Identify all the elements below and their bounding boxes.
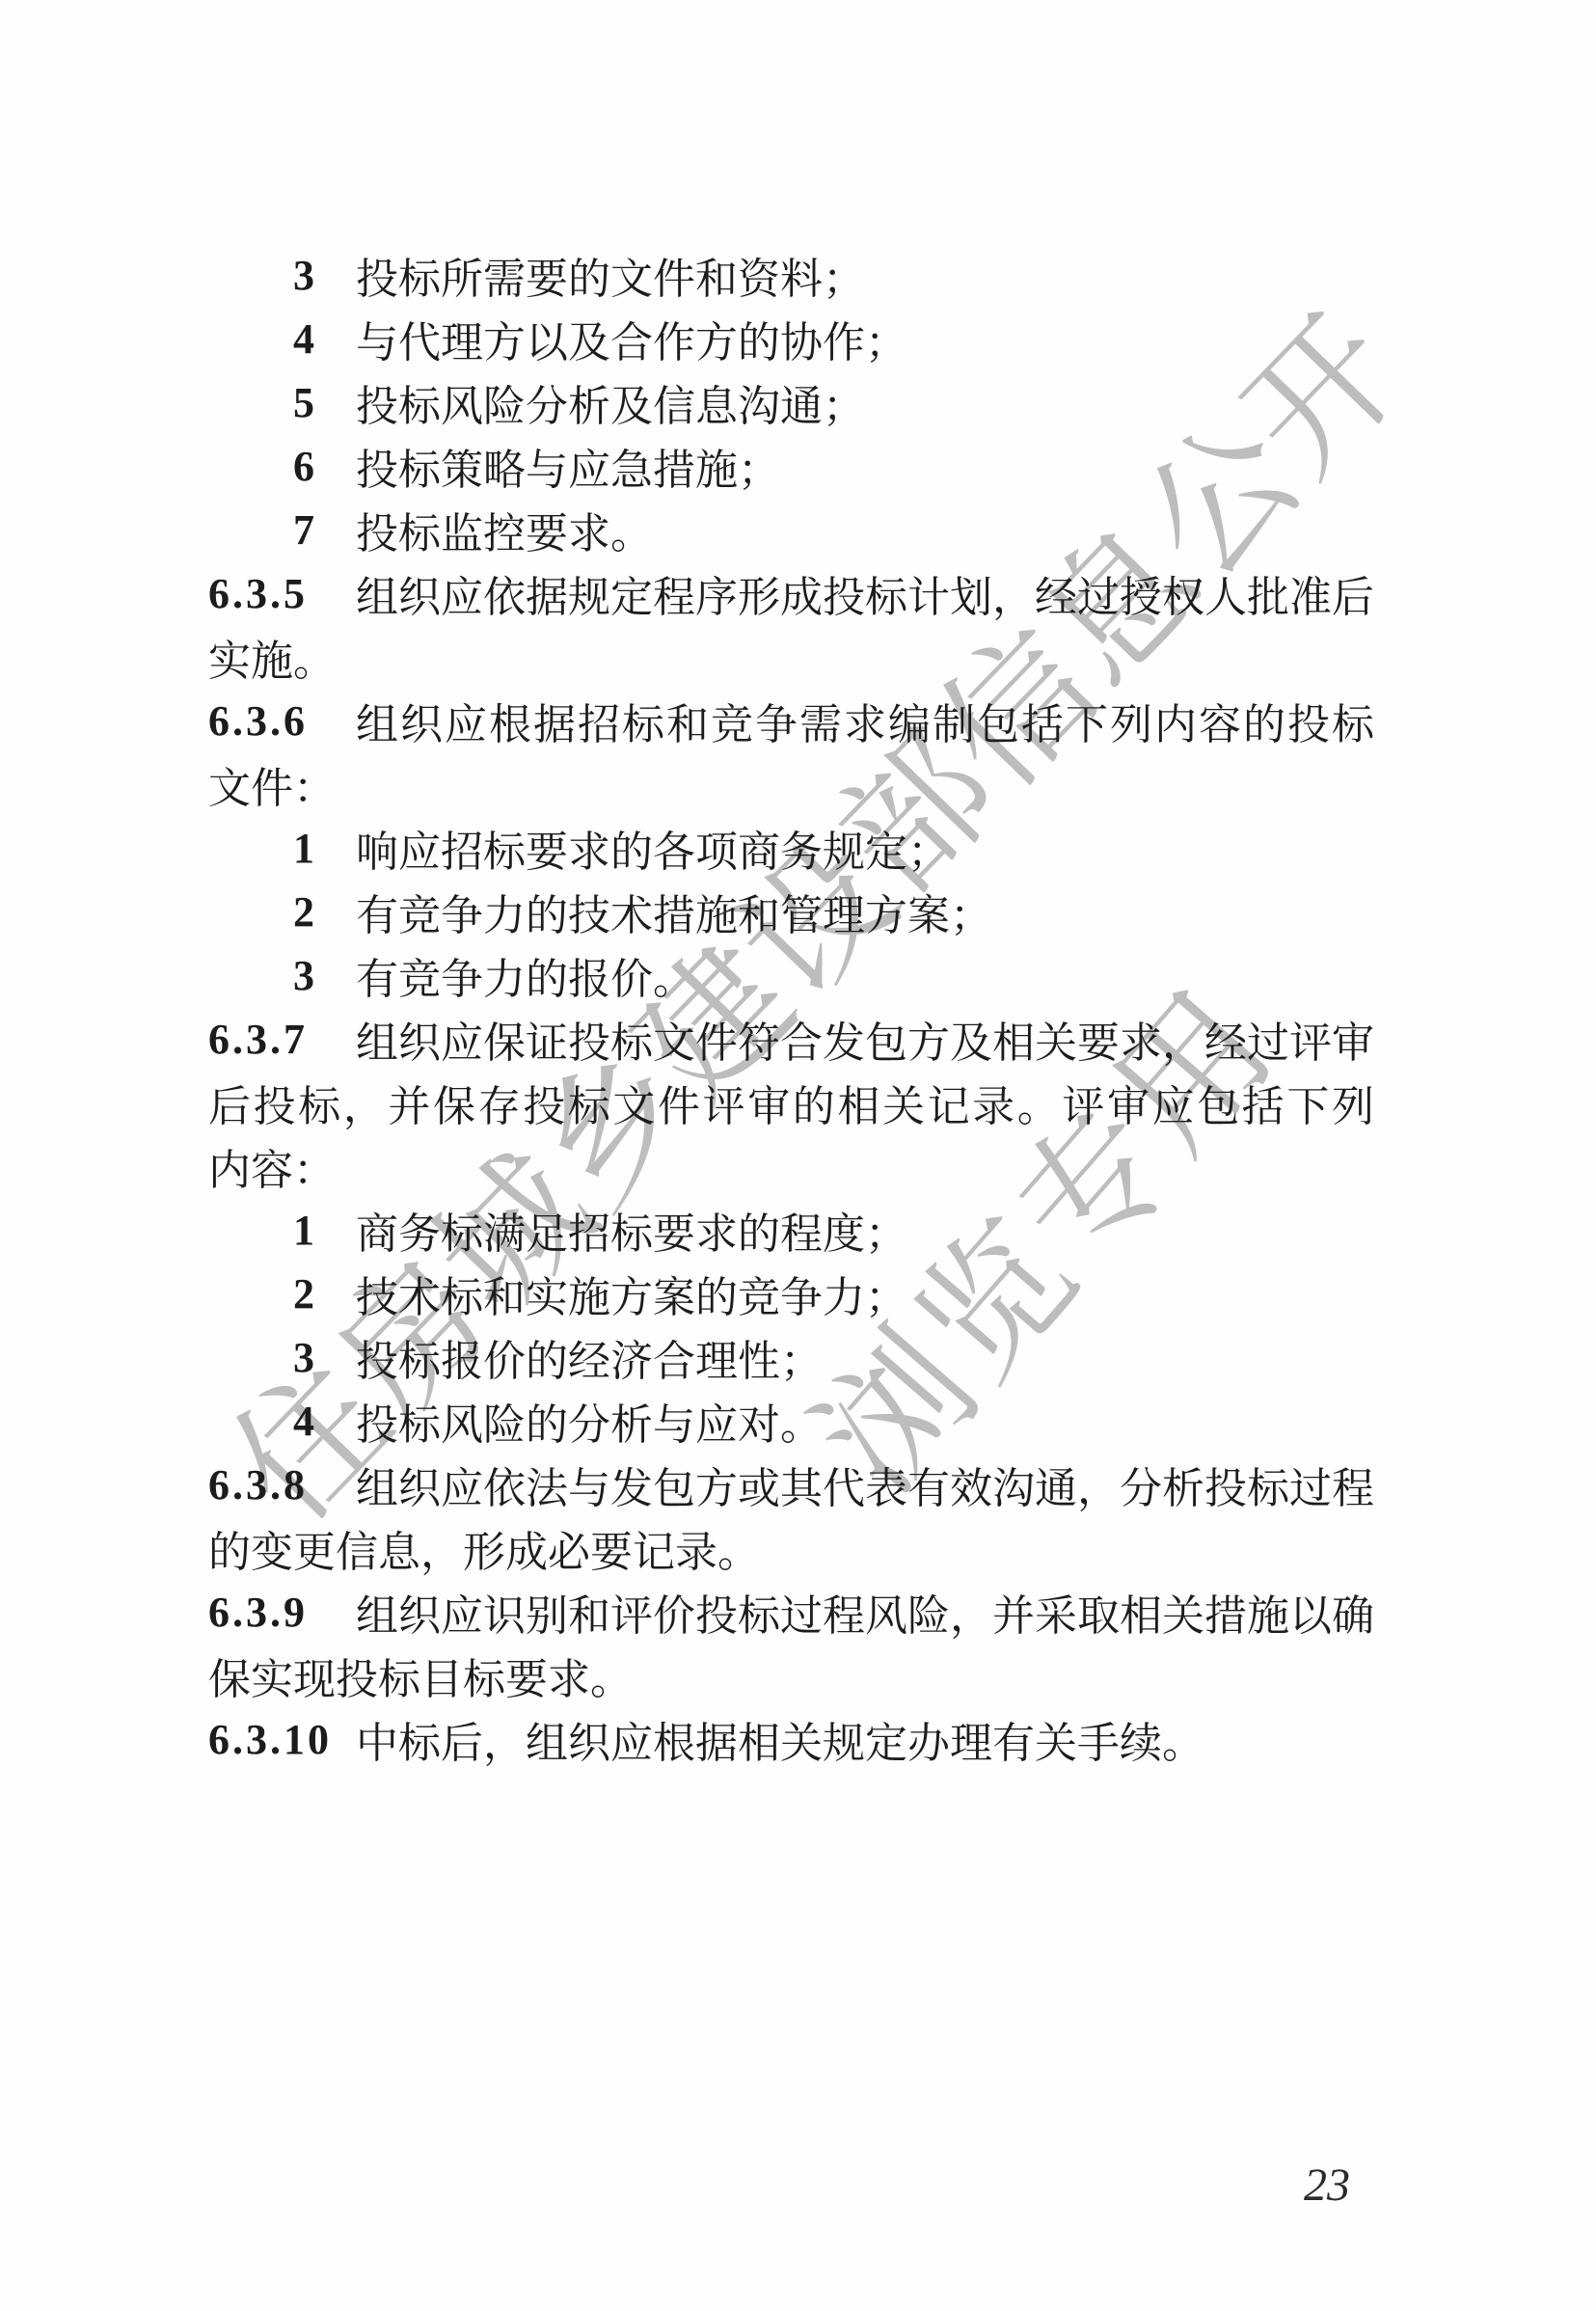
text-line: 3 投标报价的经济合理性；: [208, 1325, 1374, 1389]
line-text: 有竞争力的报价。: [356, 944, 695, 1006]
scanned-document-page: { "page": { "number": "23", "background"…: [0, 0, 1596, 2311]
text-line: 6.3.7 组织应保证投标文件符合发包方及相关要求，经过评审: [208, 1007, 1374, 1071]
line-text: 保实现投标目标要求。: [208, 1645, 633, 1706]
page-number: 23: [1304, 2159, 1350, 2212]
text-line: 3 投标所需要的文件和资料；: [208, 243, 1374, 307]
text-line: 1 商务标满足招标要求的程度；: [208, 1198, 1374, 1262]
text-line: 6.3.9 组织应识别和评价投标过程风险，并采取相关措施以确: [208, 1580, 1374, 1644]
line-text: 组织应识别和评价投标过程风险，并采取相关措施以确: [356, 1581, 1374, 1643]
clause-number: 6.3.9: [208, 1588, 356, 1637]
clause-number: 4: [293, 1397, 356, 1446]
text-line: 3 有竞争力的报价。: [208, 943, 1374, 1007]
line-text: 有竞争力的技术措施和管理方案；: [356, 881, 992, 942]
text-line: 6 投标策略与应急措施；: [208, 434, 1374, 498]
document-text-block: 3 投标所需要的文件和资料； 4 与代理方以及合作方的协作； 5 投标风险分析及…: [208, 243, 1374, 1771]
text-line: 实施。: [208, 625, 1374, 689]
line-text: 组织应根据招标和竞争需求编制包括下列内容的投标: [356, 690, 1374, 751]
line-text: 商务标满足招标要求的程度；: [356, 1199, 907, 1261]
clause-number: 2: [293, 1269, 356, 1319]
clause-number: 7: [293, 505, 356, 555]
clause-number: 3: [293, 951, 356, 1000]
text-line: 内容：: [208, 1134, 1374, 1198]
line-text: 技术标和实施方案的竞争力；: [356, 1263, 907, 1324]
text-line: 6.3.5 组织应依据规定程序形成投标计划，经过授权人批准后: [208, 561, 1374, 625]
line-text: 中标后，组织应根据相关规定办理有关手续。: [356, 1708, 1204, 1770]
line-text: 实施。: [208, 626, 336, 688]
text-line: 4 投标风险的分析与应对。: [208, 1389, 1374, 1453]
clause-number: 1: [293, 1206, 356, 1255]
clause-number: 5: [293, 378, 356, 427]
line-text: 投标风险的分析与应对。: [356, 1390, 823, 1452]
line-text: 内容：: [208, 1135, 336, 1197]
text-line: 后投标，并保存投标文件评审的相关记录。评审应包括下列: [208, 1071, 1374, 1134]
text-line: 6.3.10 中标后，组织应根据相关规定办理有关手续。: [208, 1707, 1374, 1771]
text-line: 2 技术标和实施方案的竞争力；: [208, 1262, 1374, 1325]
clause-number: 6.3.6: [208, 696, 356, 746]
text-line: 的变更信息，形成必要记录。: [208, 1516, 1374, 1580]
line-text: 后投标，并保存投标文件评审的相关记录。评审应包括下列: [208, 1072, 1374, 1133]
clause-number: 6.3.8: [208, 1460, 356, 1509]
clause-number: 3: [293, 1333, 356, 1382]
line-text: 投标报价的经济合理性；: [356, 1326, 823, 1388]
text-line: 5 投标风险分析及信息沟通；: [208, 370, 1374, 434]
clause-number: 4: [293, 314, 356, 364]
line-text: 组织应依据规定程序形成投标计划，经过授权人批准后: [356, 562, 1374, 624]
line-text: 投标所需要的文件和资料；: [356, 244, 865, 306]
clause-number: 3: [293, 251, 356, 300]
text-line: 6.3.6 组织应根据招标和竞争需求编制包括下列内容的投标: [208, 689, 1374, 752]
line-text: 组织应依法与发包方或其代表有效沟通，分析投标过程: [356, 1454, 1374, 1515]
line-text: 的变更信息，形成必要记录。: [208, 1517, 760, 1579]
text-line: 7 投标监控要求。: [208, 498, 1374, 561]
clause-number: 6.3.10: [208, 1715, 356, 1764]
clause-number: 6.3.7: [208, 1015, 356, 1064]
line-text: 组织应保证投标文件符合发包方及相关要求，经过评审: [356, 1008, 1374, 1070]
clause-number: 6.3.5: [208, 569, 356, 618]
text-line: 1 响应招标要求的各项商务规定；: [208, 816, 1374, 880]
line-text: 投标风险分析及信息沟通；: [356, 371, 865, 433]
clause-number: 2: [293, 887, 356, 937]
text-line: 2 有竞争力的技术措施和管理方案；: [208, 880, 1374, 943]
line-text: 响应招标要求的各项商务规定；: [356, 817, 950, 879]
line-text: 投标策略与应急措施；: [356, 435, 780, 497]
clause-number: 6: [293, 442, 356, 491]
clause-number: 1: [293, 824, 356, 873]
text-line: 4 与代理方以及合作方的协作；: [208, 307, 1374, 370]
line-text: 文件：: [208, 753, 336, 815]
text-line: 6.3.8 组织应依法与发包方或其代表有效沟通，分析投标过程: [208, 1453, 1374, 1516]
text-line: 文件：: [208, 752, 1374, 816]
line-text: 与代理方以及合作方的协作；: [356, 308, 907, 369]
line-text: 投标监控要求。: [356, 499, 653, 560]
text-line: 保实现投标目标要求。: [208, 1644, 1374, 1707]
